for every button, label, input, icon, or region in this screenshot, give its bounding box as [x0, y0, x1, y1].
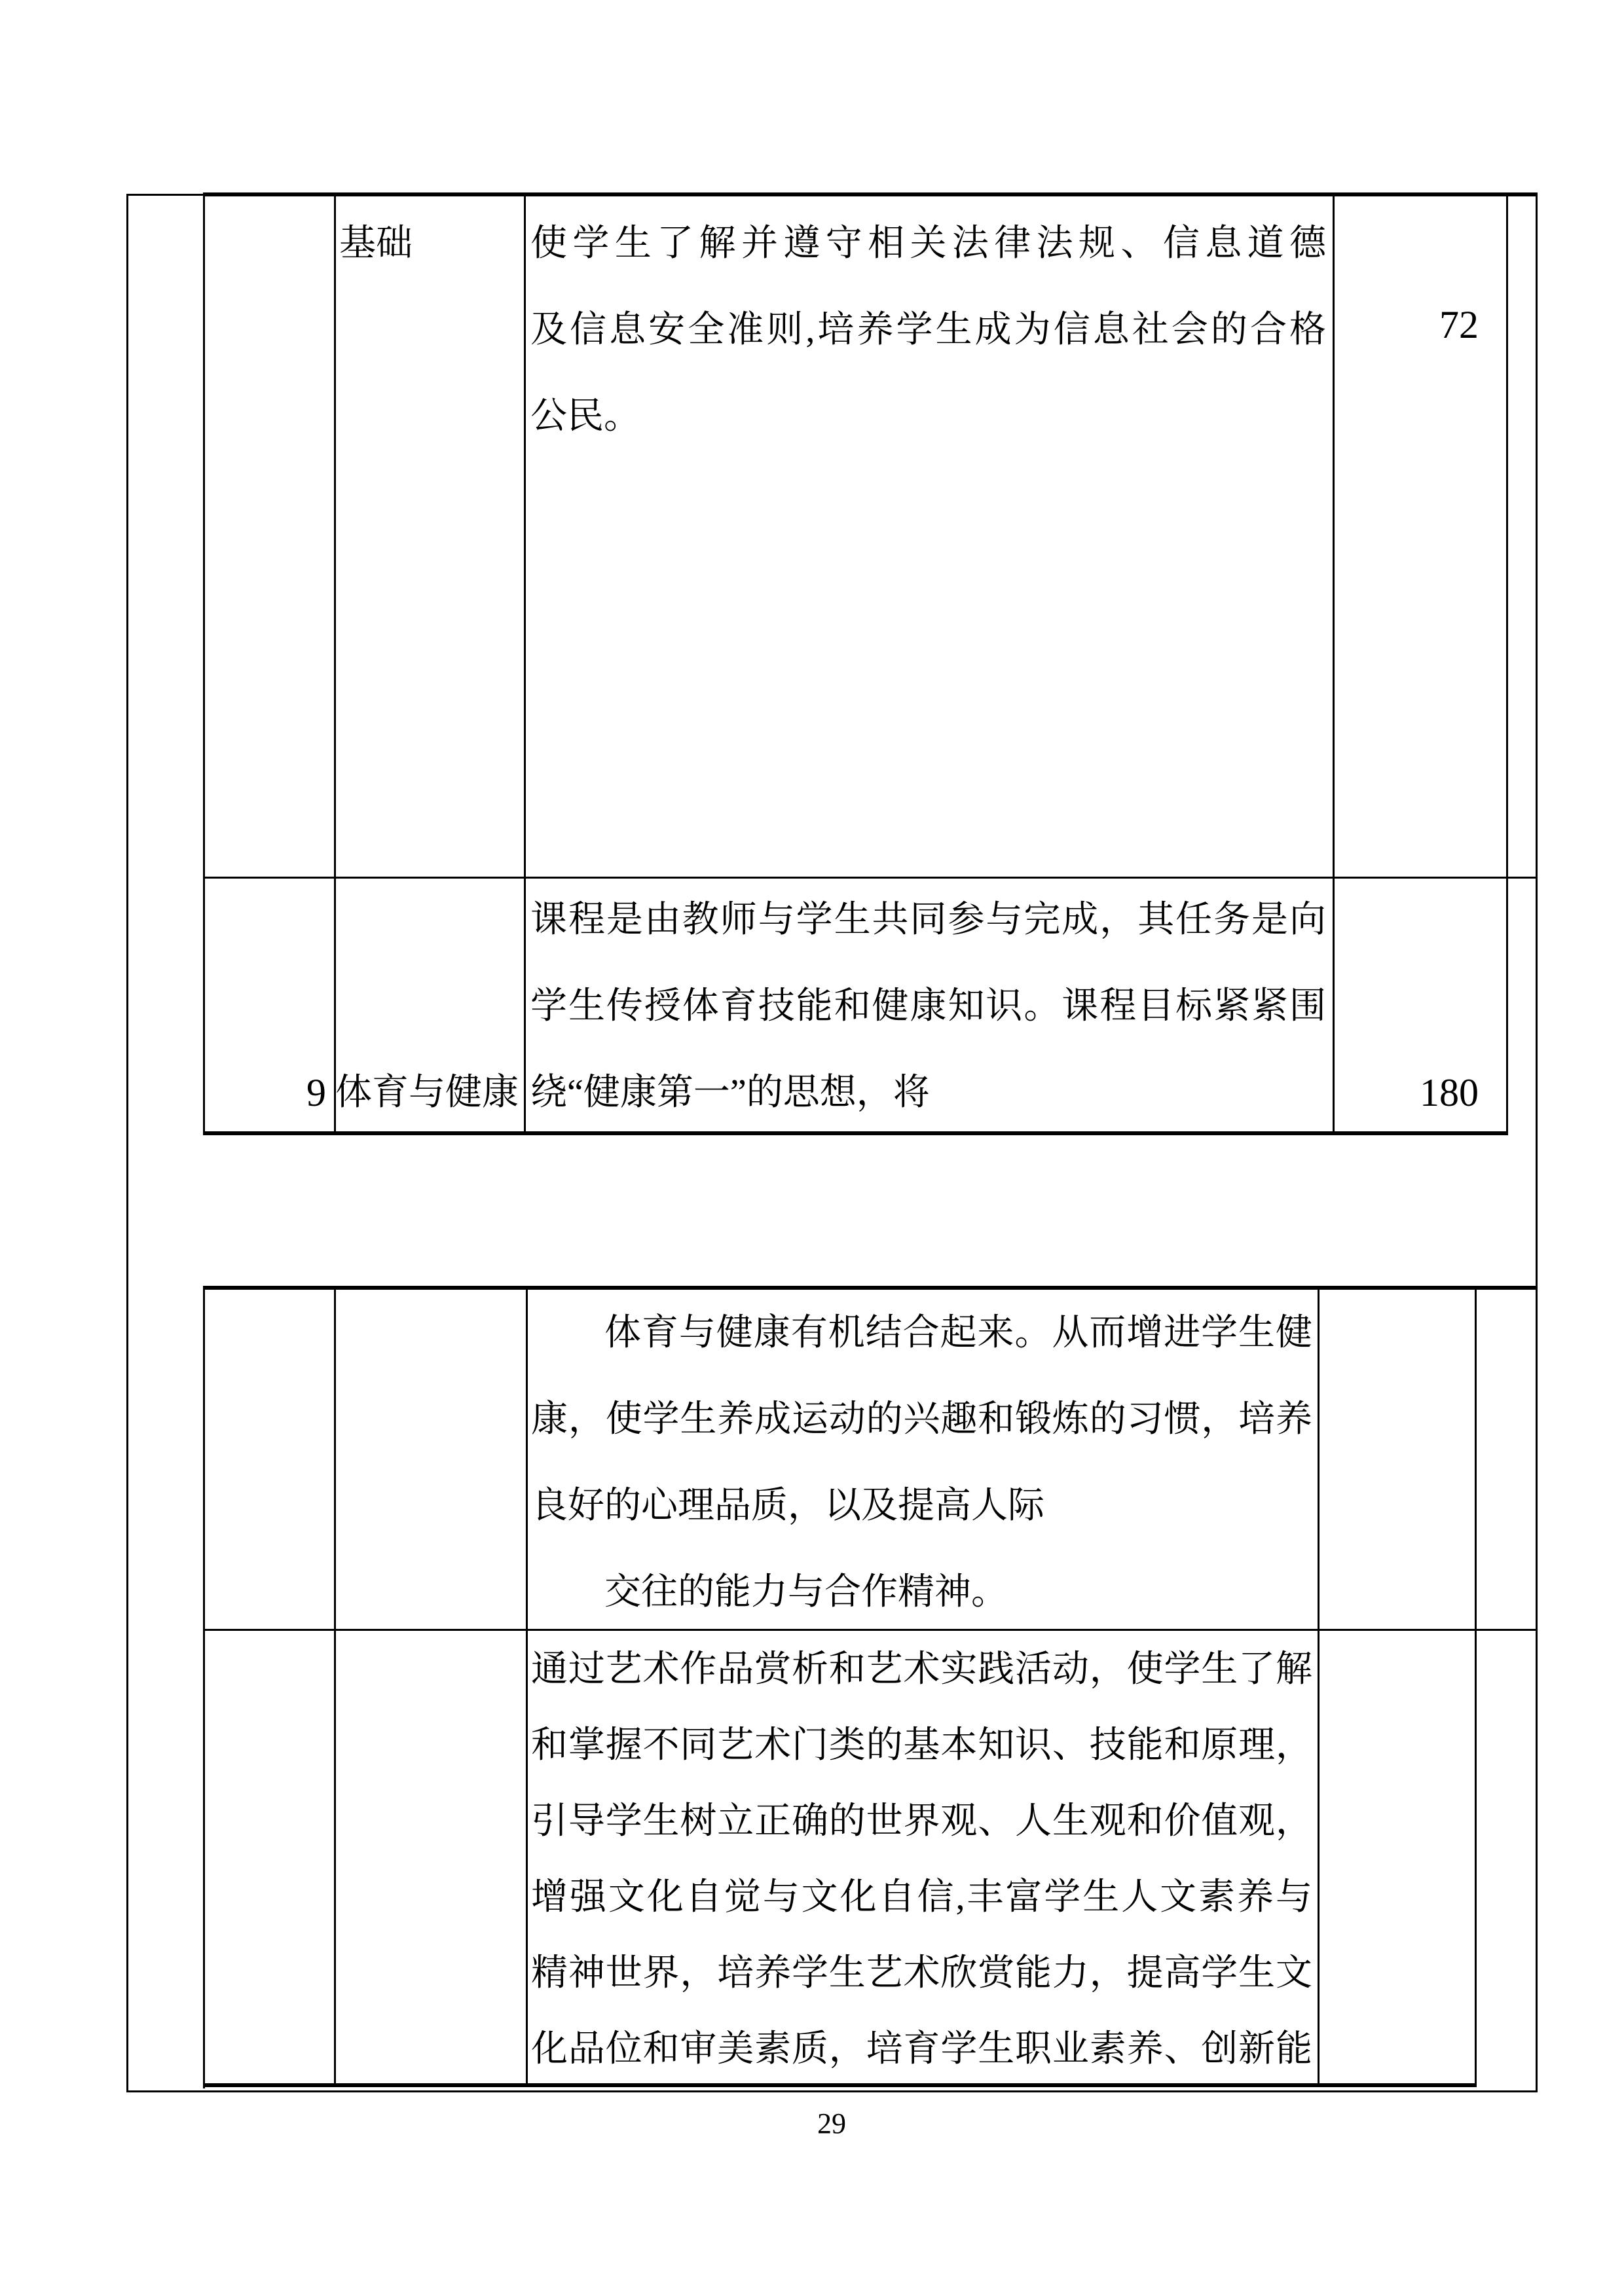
- table1-row1-category-cell: 基础: [334, 200, 524, 287]
- hours-value: 180: [1420, 1071, 1479, 1114]
- description-line: 学生传授体育技能和健康知识。课程目标紧紧围: [530, 963, 1326, 1049]
- description-line: 引导学生树立正确的世界观、人生观和价值观，: [531, 1783, 1312, 1859]
- table2-vline: [1475, 1286, 1477, 2087]
- description-line: 增强文化自觉与文化自信,丰富学生人文素养与: [531, 1859, 1312, 1935]
- row-index: 9: [306, 1071, 326, 1114]
- outer-top-border: [126, 194, 205, 196]
- table2-vline: [334, 1286, 336, 2087]
- outer-left-border: [126, 194, 128, 2092]
- table2-vline: [1318, 1286, 1319, 2087]
- table1-row2-hours-cell: 180: [1333, 1049, 1506, 1136]
- description-line: 良好的心理品质，以及提高人际: [531, 1463, 1312, 1549]
- description-line: 通过艺术作品赏析和艺术实践活动，使学生了解: [531, 1631, 1312, 1707]
- category-label: 基础: [339, 200, 524, 287]
- description-line: 和掌握不同艺术门类的基本知识、技能和原理，: [531, 1707, 1312, 1783]
- table1-row1-hours-cell: 72: [1333, 282, 1506, 368]
- description-line: 化品位和审美素质，培育学生职业素养、创新能: [531, 2011, 1312, 2087]
- description-line: 及信息安全准则,培养学生成为信息社会的合格: [530, 287, 1326, 373]
- outer-right-border: [1536, 194, 1538, 2092]
- table1-vline: [334, 194, 336, 1133]
- description-line: 康，使学生养成运动的兴趣和锻炼的习惯，培养: [531, 1376, 1312, 1463]
- hours-value: 72: [1439, 303, 1479, 346]
- table1-row2-subject-cell: 体育与健康: [334, 1049, 524, 1136]
- description-line: 课程是由教师与学生共同参与完成，其任务是向: [530, 877, 1326, 963]
- description-line: 使学生了解并遵守相关法律法规、信息道德: [530, 200, 1326, 287]
- description-line: 交往的能力与合作精神。: [531, 1549, 1312, 1635]
- description-line: 体育与健康有机结合起来。从而增进学生健: [531, 1290, 1312, 1376]
- description-line: 绕“健康第一”的思想，将: [530, 1049, 1326, 1136]
- outer-bottom-border: [126, 2090, 1538, 2092]
- table2-row2-description-cell: 通过艺术作品赏析和艺术实践活动，使学生了解 和掌握不同艺术门类的基本知识、技能和…: [526, 1631, 1318, 2087]
- subject-label: 体育与健康: [335, 1049, 524, 1136]
- description-line: 公民。: [530, 373, 1326, 460]
- table1-row2-index-cell: 9: [203, 1049, 334, 1136]
- table1-vline: [1506, 194, 1508, 1133]
- table2-row1-description-cell: 体育与健康有机结合起来。从而增进学生健 康，使学生养成运动的兴趣和锻炼的习惯，培…: [526, 1290, 1318, 1635]
- document-page: 基础 使学生了解并遵守相关法律法规、信息道德 及信息安全准则,培养学生成为信息社…: [0, 0, 1624, 2296]
- page-number: 29: [20, 2103, 1624, 2145]
- table1-vline: [203, 194, 205, 1133]
- table1-top-border: [203, 192, 1538, 196]
- table1-row2-description-cell: 课程是由教师与学生共同参与完成，其任务是向 学生传授体育技能和健康知识。课程目标…: [524, 877, 1333, 1136]
- table2-vline: [203, 1286, 205, 2088]
- table1-row1-description-cell: 使学生了解并遵守相关法律法规、信息道德 及信息安全准则,培养学生成为信息社会的合…: [524, 200, 1333, 460]
- description-line: 精神世界，培养学生艺术欣赏能力，提高学生文: [531, 1935, 1312, 2011]
